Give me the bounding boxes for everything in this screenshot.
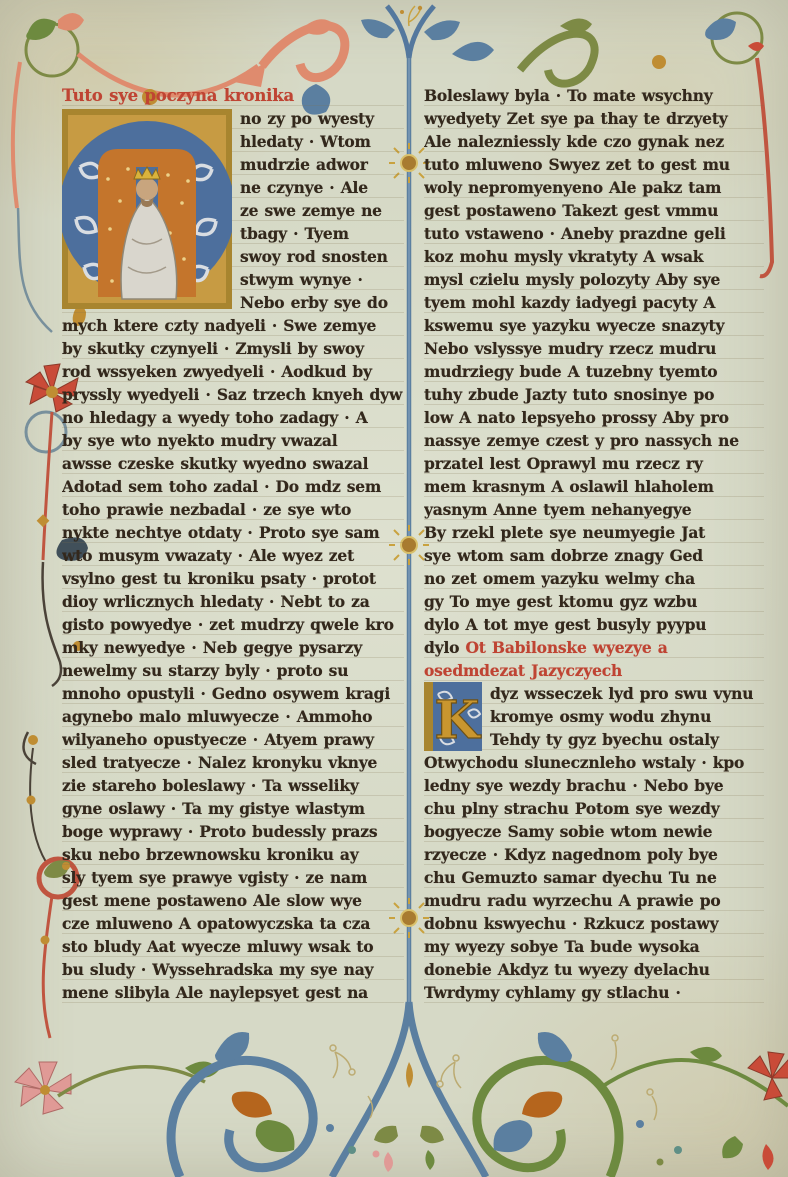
text-line: bogyecze Samy sobie wtom newie (424, 820, 764, 843)
initial-m-miniature (62, 109, 232, 309)
right-text-column: Boleslawy byla · To mate wsychnywyedyety… (424, 84, 764, 1014)
text-line: no zet omem yazyku welmy cha (424, 567, 764, 590)
text-line: by skutky czynyeli · Zmysli by swoy (62, 337, 404, 360)
bottom-border-vine (15, 1002, 788, 1177)
text-line: tuto vstaweno · Aneby prazdne geli (424, 222, 764, 245)
text-line: Otwychodu slunecznleho wstaly · kpo (424, 751, 764, 774)
text-line: sly tyem sye prawye vgisty · ze nam (62, 866, 404, 889)
text-line: przatel lest Oprawyl mu rzecz ry (424, 452, 764, 475)
text-line: bu sludy · Wyssehradska my sye nay (62, 958, 404, 981)
text-line: By rzekl plete sye neumyegie Jat (424, 521, 764, 544)
manuscript-page: Tuto sye poczyna kronika (0, 0, 788, 1177)
text-line: nassye zemye czest y pro nassych ne (424, 429, 764, 452)
text-line: sku nebo brzewnowsku kroniku ay (62, 843, 404, 866)
text-line: mnoho opustyli · Gedno osywem kragi (62, 682, 404, 705)
chapter-rubric-line1: Ot Babilonske wyezye a (465, 638, 667, 657)
text-line: dylo A tot mye gest busyly pyypu (424, 613, 764, 636)
text-line: my wyezy sobye Ta bude wysoka (424, 935, 764, 958)
text-line: Twrdymy cyhlamy gy stlachu · (424, 981, 764, 1004)
text-line: rzyecze · Kdyz nagednom poly bye (424, 843, 764, 866)
text-line: wyedyety Zet sye pa thay te drzyety (424, 107, 764, 130)
text-line: chu Gemuzto samar dyechu Tu ne (424, 866, 764, 889)
text-line: sto bludy Aat wyecze mluwy wsak to (62, 935, 404, 958)
text-line: pryssly wyedyeli · Saz trzech knyeh dyw (62, 383, 404, 406)
text-line: sled tratyecze · Nalez kronyku vknye (62, 751, 404, 774)
text-line: zie stareho boleslawy · Ta wsseliky (62, 774, 404, 797)
text-line: mene slibyla Ale naylepsyet gest na (62, 981, 404, 1004)
text-line: gisto powyedye · zet mudrzy qwele kro (62, 613, 404, 636)
chapter-rubric-line2: osedmdezat Jazyczyech (424, 659, 764, 682)
text-line: boge wyprawy · Proto budessly prazs (62, 820, 404, 843)
illuminated-initial-king (62, 109, 232, 309)
rubric-mixed-line: dylo Ot Babilonske wyezye a (424, 636, 764, 659)
text-line: rod wssyeken zwyedyeli · Aodkud by (62, 360, 404, 383)
text-line: Nebo vslyssye mudry rzecz mudru (424, 337, 764, 360)
text-line: no hledagy a wyedy toho zadagy · A (62, 406, 404, 429)
text-line: gest postaweno Takezt gest vmmu (424, 199, 764, 222)
initial-letter: K (434, 690, 481, 751)
text-line: kswemu sye yazyku wyecze snazyty (424, 314, 764, 337)
text-line: chu plny strachu Potom sye wezdy (424, 797, 764, 820)
text-line: cze mluweno A opatowyczska ta cza (62, 912, 404, 935)
text-line: mky newyedye · Neb gegye pysarzy (62, 636, 404, 659)
text-line: mysl czielu mysly polozyty Aby sye (424, 268, 764, 291)
rubric-black-prefix: dylo (424, 638, 465, 657)
decorated-initial-k: K (424, 682, 482, 751)
text-line: by sye wto nyekto mudry vwazal (62, 429, 404, 452)
text-line: wto musym vwazaty · Ale wyez zet (62, 544, 404, 567)
incipit-rubric: Tuto sye poczyna kronika (62, 84, 404, 107)
text-line: Ale nalezniessly kde czo gynak nez (424, 130, 764, 153)
right-column-lines-top: Boleslawy byla · To mate wsychnywyedyety… (424, 84, 764, 636)
left-text-column: Tuto sye poczyna kronika (62, 84, 404, 1014)
text-line: dobnu kswyechu · Rzkucz postawy (424, 912, 764, 935)
text-line: gest mene postaweno Ale slow wye (62, 889, 404, 912)
initial-k-graphic: K (424, 682, 482, 751)
text-line: yasnym Anne tyem nehanyegye (424, 498, 764, 521)
text-line: agynebo malo mluwyecze · Ammoho (62, 705, 404, 728)
text-line: vsylno gest tu kroniku psaty · protot (62, 567, 404, 590)
pink-flower (15, 1062, 71, 1114)
text-line: nykte nechtye otdaty · Proto sye sam (62, 521, 404, 544)
text-line: low A nato lepsyeho prossy Aby pro (424, 406, 764, 429)
text-line: woly nepromyenyeno Ale pakz tam (424, 176, 764, 199)
text-line: wilyaneho opustyecze · Atyem prawy (62, 728, 404, 751)
text-line: gy To mye gest ktomu gyz wzbu (424, 590, 764, 613)
text-line: dioy wrlicznych hledaty · Nebt to za (62, 590, 404, 613)
text-line: ledny sye wezdy brachu · Nebo bye (424, 774, 764, 797)
text-line: Adotad sem toho zadal · Do mdz sem (62, 475, 404, 498)
text-line: sye wtom sam dobrze znagy Ged (424, 544, 764, 567)
text-line: awsse czeske skutky wyedno swazal (62, 452, 404, 475)
text-line: newelmy su starzy byly · proto su (62, 659, 404, 682)
text-line: tyem mohl kazdy iadyegi pacyty A (424, 291, 764, 314)
text-line: tuto mluweno Swyez zet to gest mu (424, 153, 764, 176)
text-line: tuhy zbude Jazty tuto snosinye po (424, 383, 764, 406)
text-line: gyne oslawy · Ta my gistye wlastym (62, 797, 404, 820)
text-line: mudru radu wyrzechu A prawie po (424, 889, 764, 912)
red-flower-right (748, 1052, 788, 1100)
text-line: mem krasnym A oslawil hlaholem (424, 475, 764, 498)
text-line: toho prawie nezbadal · ze sye wto (62, 498, 404, 521)
text-line: mudrziegy bude A tuzebny tyemto (424, 360, 764, 383)
text-line: koz mohu mysly vkratyty A wsak (424, 245, 764, 268)
text-line: mych ktere czty nadyeli · Swe zemye (62, 314, 404, 337)
text-line: Boleslawy byla · To mate wsychny (424, 84, 764, 107)
text-line: donebie Akdyz tu wyezy dyelachu (424, 958, 764, 981)
